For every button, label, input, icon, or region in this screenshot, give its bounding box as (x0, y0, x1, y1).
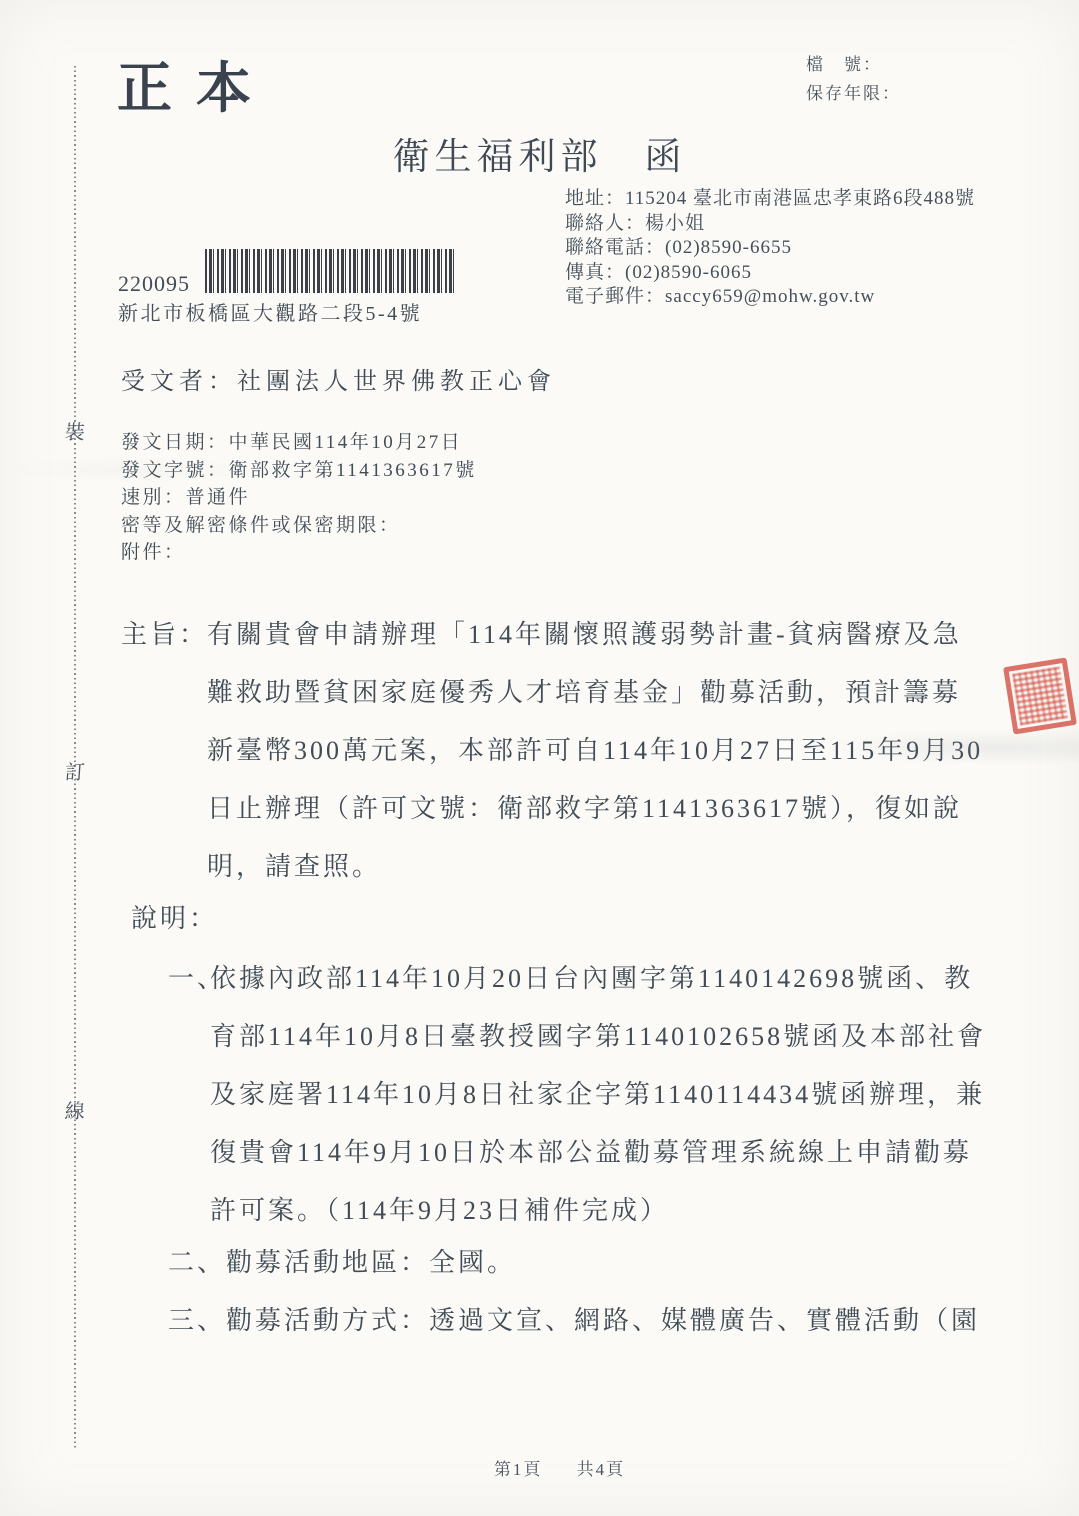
subject-paragraph: 主旨： 有關貴會申請辦理「114年關懷照護弱勢計畫-貧病醫療及急 難救助暨貧困家… (121, 606, 1079, 896)
subject-line: 難救助暨貧困家庭優秀人才培育基金」勸募活動，預計籌募 (207, 664, 1079, 722)
item-line: 育部114年10月8日臺教授國字第1140102658號函及本部社會 (210, 1008, 1070, 1066)
item-text: 勸募活動方式：透過文宣、網路、媒體廣告、實體活動（園 (226, 1306, 980, 1335)
subject-line: 新臺幣300萬元案，本部許可自114年10月27日至115年9月30 (207, 722, 1079, 780)
postal-code: 220095 (118, 271, 190, 297)
mailing-address: 新北市板橋區大觀路二段5-4號 (118, 297, 422, 326)
subject-label: 主旨： (121, 606, 208, 664)
explanation-item-3: 三、勸募活動方式：透過文宣、網路、媒體廣告、實體活動（園 (168, 1305, 980, 1337)
footer-page-number: 第1頁 (494, 1460, 543, 1479)
red-seal-stamp (1003, 657, 1077, 734)
item-text: 勸募活動地區：全國。 (226, 1248, 516, 1277)
sender-address: 地址：115204 臺北市南港區忠孝東路6段488號 (565, 187, 975, 212)
item-marker: 三、 (168, 1306, 226, 1335)
meta-date: 發文日期：中華民國114年10月27日 (121, 429, 477, 457)
page-footer: 第1頁 共4頁 (40, 1455, 1079, 1480)
file-no-label: 檔 號： (806, 50, 901, 79)
sender-email: 電子郵件：saccy659@mohw.gov.tw (565, 285, 975, 310)
document-title: 衛生福利部 函 (0, 126, 1079, 180)
red-seal-stamp-glyphs (1012, 667, 1068, 726)
subject-line: 有關貴會申請辦理「114年關懷照護弱勢計畫-貧病醫療及急 (207, 606, 1079, 664)
meta-security: 密等及解密條件或保密期限： (121, 512, 477, 540)
mailing-barcode (205, 249, 457, 293)
retention-label: 保存年限： (806, 79, 901, 108)
explanation-heading: 說明： (131, 898, 218, 935)
item-line: 復貴會114年9月10日於本部公益勸募管理系統線上申請勸募 (210, 1124, 1070, 1182)
item-line: 許可案。（114年9月23日補件完成） (210, 1182, 1070, 1240)
item-line: 依據內政部114年10月20日台內團字第1140142698號函、教 (210, 950, 1070, 1008)
sender-phone: 聯絡電話：(02)8590-6655 (565, 236, 975, 261)
footer-total-pages: 共4頁 (577, 1460, 626, 1479)
sender-info-block: 地址：115204 臺北市南港區忠孝東路6段488號 聯絡人：楊小姐 聯絡電話：… (565, 187, 975, 310)
item-line: 及家庭署114年10月8日社家企字第1140114434號函辦理，兼 (210, 1066, 1070, 1124)
file-header: 檔 號： 保存年限： (806, 50, 901, 108)
subject-line: 明，請查照。 (207, 838, 1079, 896)
subject-line: 日止辦理（許可文號：衛部救字第1141363617號），復如說 (207, 780, 1079, 838)
sender-contact: 聯絡人：楊小姐 (565, 212, 975, 237)
binding-mark-xian: 線 (61, 1095, 89, 1124)
meta-doc-no: 發文字號：衛部救字第1141363617號 (121, 457, 477, 485)
copy-type-label: 正本 (117, 44, 275, 123)
document-page: 裝 訂 線 正本 檔 號： 保存年限： 衛生福利部 函 地址：115204 臺北… (0, 0, 1079, 1516)
explanation-item-1: 一、 依據內政部114年10月20日台內團字第1140142698號函、教 育部… (168, 950, 1070, 1240)
binding-mark-ding: 訂 (61, 756, 89, 785)
binding-mark-zhuang: 裝 (61, 416, 89, 445)
meta-block: 發文日期：中華民國114年10月27日 發文字號：衛部救字第1141363617… (121, 429, 477, 567)
meta-speed: 速別：普通件 (121, 484, 477, 512)
explanation-item-2: 二、勸募活動地區：全國。 (168, 1247, 516, 1279)
item-marker: 二、 (168, 1248, 226, 1277)
sender-fax: 傳真：(02)8590-6065 (565, 261, 975, 286)
meta-attachment: 附件： (121, 539, 477, 567)
item-marker: 一、 (168, 950, 226, 1008)
recipient-line: 受文者：社團法人世界佛教正心會 (121, 361, 556, 396)
